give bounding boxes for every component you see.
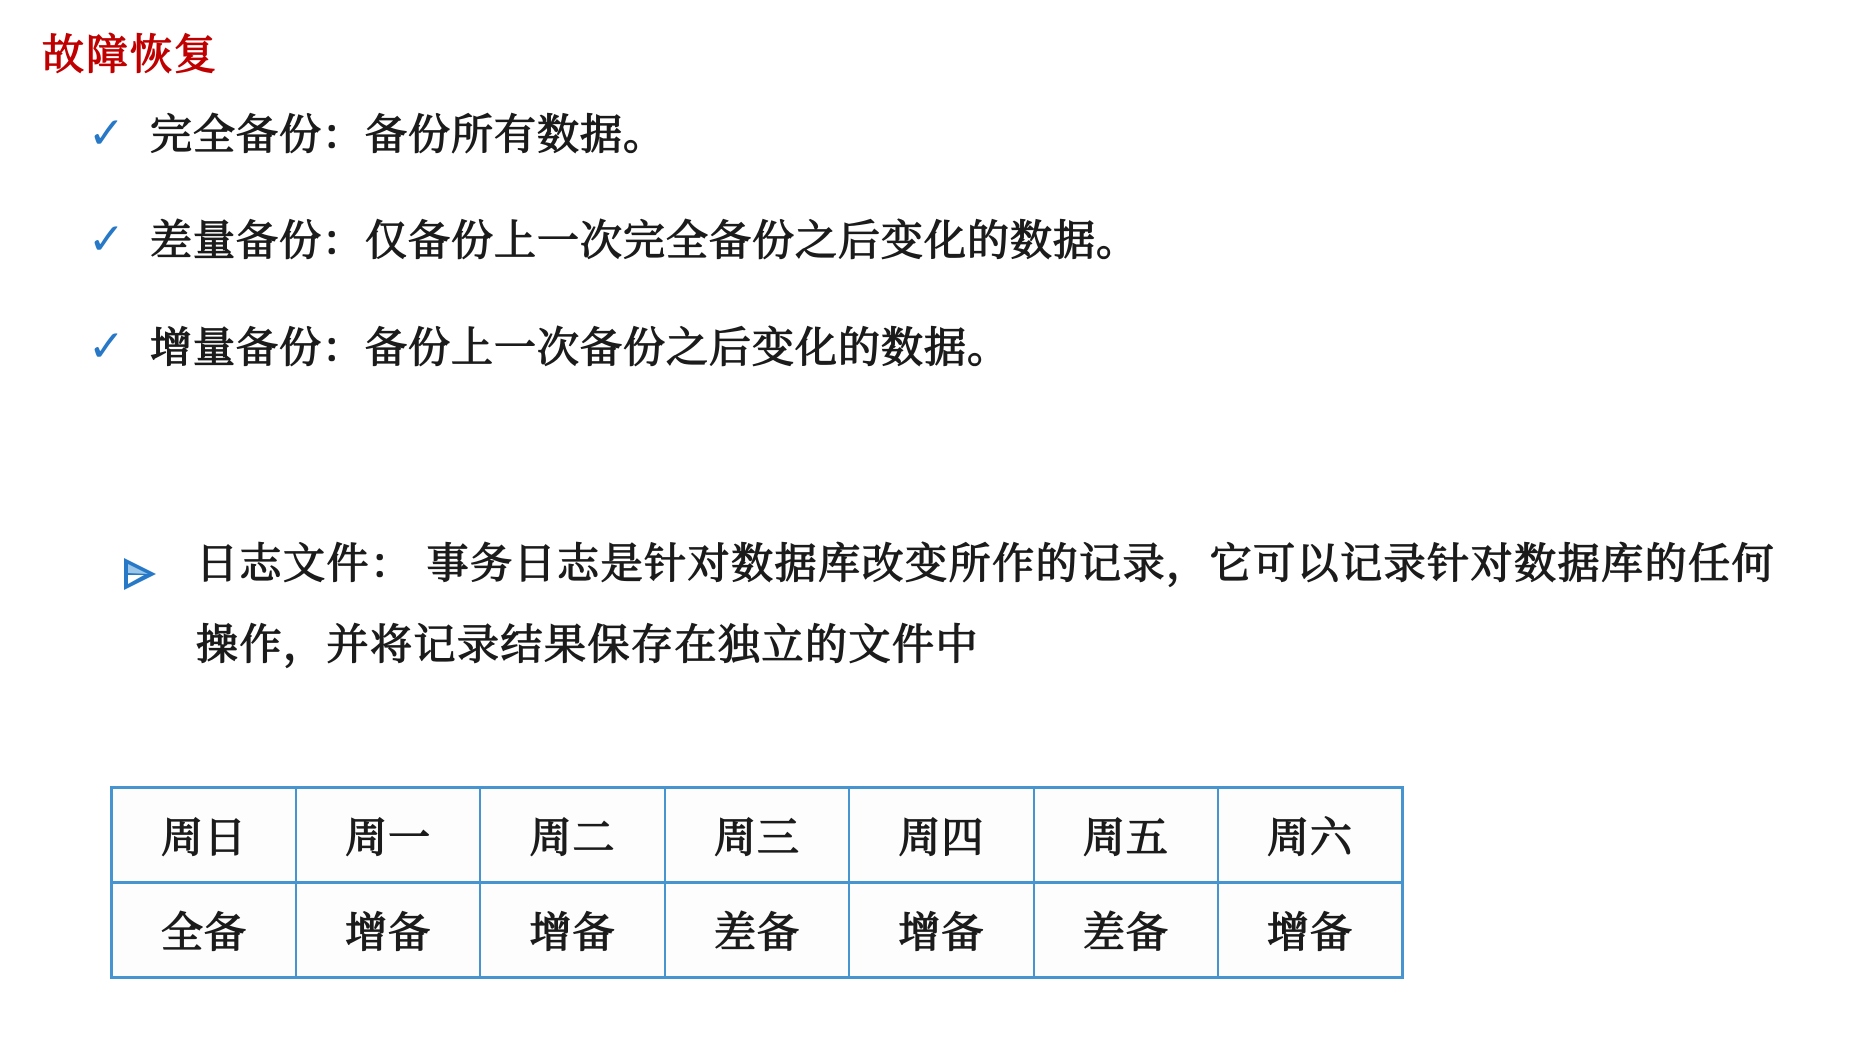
list-item-differential-backup: ✓ 差量备份：仅备份上一次完全备份之后变化的数据。 xyxy=(88,218,1139,266)
table-cell-day: 周六 xyxy=(1218,788,1402,883)
table-cell-backup: 增备 xyxy=(296,883,480,978)
log-file-text: 日志文件： 事务日志是针对数据库改变所作的记录，它可以记录针对数据库的任何操作，… xyxy=(196,524,1818,685)
table-cell-backup: 全备 xyxy=(112,883,296,978)
table-cell-backup: 差备 xyxy=(665,883,849,978)
backup-types-list: ✓ 完全备份：备份所有数据。 ✓ 差量备份：仅备份上一次完全备份之后变化的数据。… xyxy=(88,112,1139,431)
table-cell-day: 周五 xyxy=(1034,788,1218,883)
differential-backup-text: 差量备份：仅备份上一次完全备份之后变化的数据。 xyxy=(150,218,1139,264)
page-title: 故障恢复 xyxy=(42,22,218,82)
weekly-backup-table: 周日 周一 周二 周三 周四 周五 周六 全备 增备 增备 差备 增备 差备 增… xyxy=(110,786,1404,979)
table-row-weekdays: 周日 周一 周二 周三 周四 周五 周六 xyxy=(112,788,1403,883)
table-cell-day: 周一 xyxy=(296,788,480,883)
table-cell-day: 周三 xyxy=(665,788,849,883)
table-cell-day: 周二 xyxy=(480,788,664,883)
incremental-backup-text: 增量备份：备份上一次备份之后变化的数据。 xyxy=(150,325,1010,371)
table-cell-backup: 增备 xyxy=(849,883,1033,978)
table-cell-backup: 增备 xyxy=(1218,883,1402,978)
list-item-full-backup: ✓ 完全备份：备份所有数据。 xyxy=(88,112,1139,160)
table-cell-backup: 差备 xyxy=(1034,883,1218,978)
check-icon: ✓ xyxy=(88,216,150,264)
arrow-bullet-icon xyxy=(118,538,196,601)
table-cell-day: 周日 xyxy=(112,788,296,883)
slide: 故障恢复 ✓ 完全备份：备份所有数据。 ✓ 差量备份：仅备份上一次完全备份之后变… xyxy=(0,0,1855,1047)
list-item-incremental-backup: ✓ 增量备份：备份上一次备份之后变化的数据。 xyxy=(88,325,1139,373)
table-row-backup-plan: 全备 增备 增备 差备 增备 差备 增备 xyxy=(112,883,1403,978)
check-icon: ✓ xyxy=(88,323,150,371)
check-icon: ✓ xyxy=(88,110,150,158)
table-cell-backup: 增备 xyxy=(480,883,664,978)
log-file-paragraph: 日志文件： 事务日志是针对数据库改变所作的记录，它可以记录针对数据库的任何操作，… xyxy=(118,538,1818,685)
full-backup-text: 完全备份：备份所有数据。 xyxy=(150,112,666,158)
table-cell-day: 周四 xyxy=(849,788,1033,883)
